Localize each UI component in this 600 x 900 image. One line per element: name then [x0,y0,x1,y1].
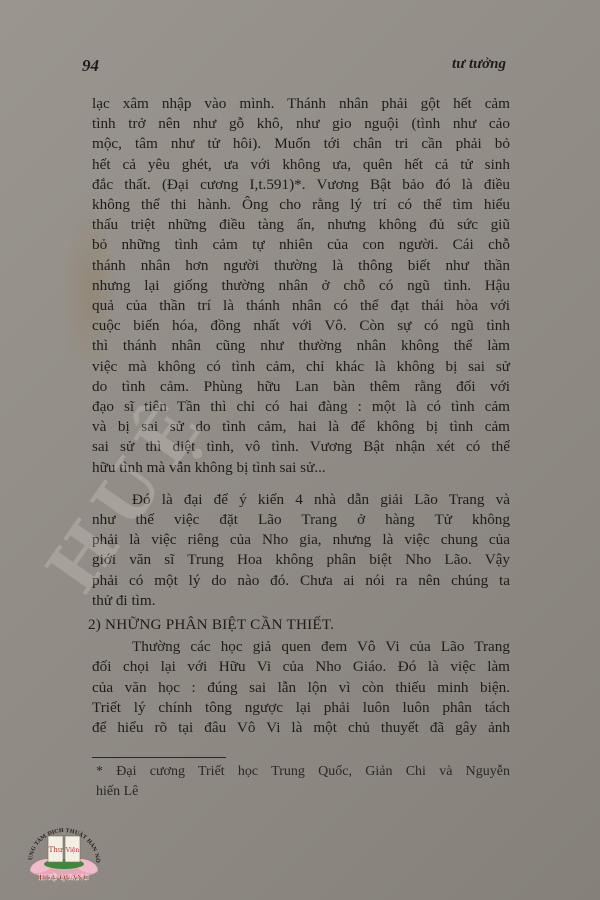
text-line: quả của thần trí là thánh nhân có thể đạ… [92,296,510,316]
paragraph-3: Thường các học giả quen đem Vô Vi của Lã… [92,637,510,738]
text-line: mộc, tâm như tử hôi). Muốn tới chân tri … [92,134,510,154]
page-number: 94 [82,56,99,76]
text-line: để hiểu rõ tại đâu Vô Vi là một chủ thuy… [92,718,510,738]
text-line: cuộc biến hóa, đồng nhất với Vô. Còn sự … [92,316,510,336]
text-line: hết cả yêu ghét, ưa với không ưa, quên h… [92,155,510,175]
text-line: thử đi tìm. [92,591,510,611]
logo-name: HUỆ QUANG [39,873,89,882]
publisher-logo: TRUNG TÂM DỊCH THUẬT HÁN NÔM Thư Viện HU… [14,818,114,888]
section-heading: 2) NHỮNG PHÂN BIỆT CẦN THIẾT. [88,615,510,635]
text-line: của văn học : đúng sai lẫn lộn vì còn th… [92,678,510,698]
text-line: Triết lý chính tông ngược lại phải luôn … [92,698,510,718]
lotus-book-logo-icon: TRUNG TÂM DỊCH THUẬT HÁN NÔM Thư Viện HU… [14,818,114,888]
page-header: 94 tư tưởng [82,56,506,80]
text-line: thì thánh nhân cũng như thường nhân khôn… [92,336,510,356]
text-line: không thể thi hành. Ông cho rằng lý trí … [92,195,510,215]
text-line: đắc thất. (Đại cương I,t.591)*. Vương Bậ… [92,175,510,195]
text-line: lạc xâm nhập vào mình. Thánh nhân phải g… [92,94,510,114]
text-line: tình trở nên như gỗ khô, như gio nguội (… [92,114,510,134]
text-line: Thường các học giả quen đem Vô Vi của Lã… [92,637,510,657]
logo-book-left: Thư [49,846,63,854]
text-line: phải là việc riêng của Nho gia, nhưng là… [92,530,510,550]
text-line: đối chọi lại với Hữu Vi của Nho Giáo. Đó… [92,657,510,677]
text-line: việc mà không có tình cảm, chỉ khác là k… [92,357,510,377]
footnote-line: hiến Lê [96,782,510,802]
footnote-divider [92,757,226,758]
text-line: thánh nhân hơn người thường là thông biế… [92,256,510,276]
text-line: giới văn sĩ Trung Hoa không phân biệt Nh… [92,550,510,570]
footnote: * Đại cương Triết học Trung Quốc, Giản C… [96,762,510,802]
text-line: nhưng lại giống thường nhân ở chỗ có ngũ… [92,276,510,296]
text-line: phải có một lý do nào đó. Chưa ai nói ra… [92,571,510,591]
text-line: thấu triệt những điều tàng ẩn, nhưng khô… [92,215,510,235]
logo-book-right: Viện [65,847,80,854]
running-title: tư tưởng [452,56,506,73]
footnote-line: * Đại cương Triết học Trung Quốc, Giản C… [96,762,510,782]
scanned-page: 94 tư tưởng lạc xâm nhập vào mình. Thánh… [0,0,600,900]
text-line: bỏ những tình cảm tự nhiên của con người… [92,235,510,255]
